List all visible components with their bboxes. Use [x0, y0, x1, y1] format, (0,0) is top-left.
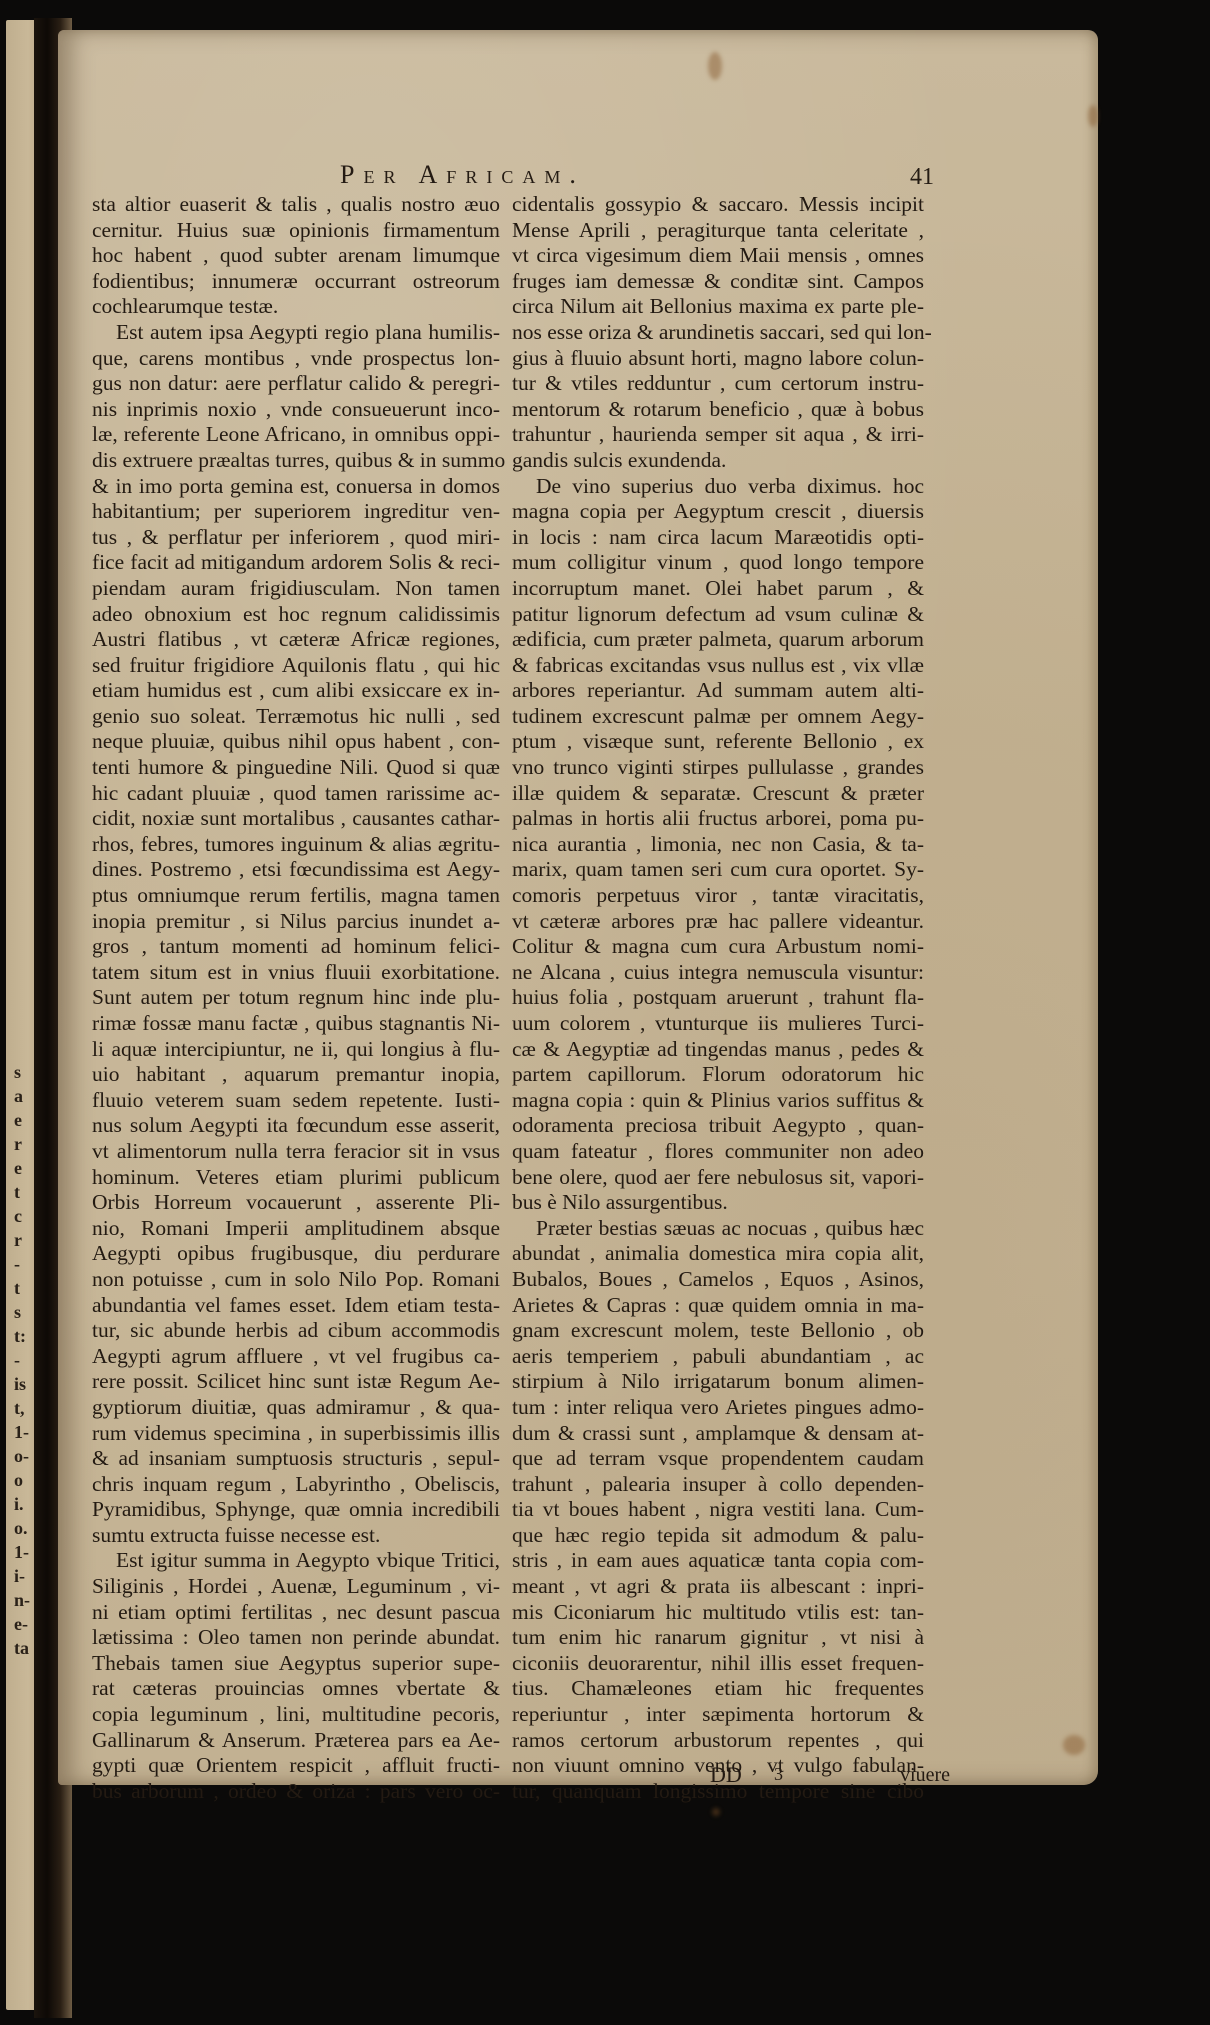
- previous-page-text-fragments: saeretcr-tst:-ist,1-o-oi.o.1-i-n-e-ta: [14, 1060, 34, 1660]
- page-header: Per Africam. 41: [330, 160, 950, 194]
- text-line: rum videmus specimina , in superbissimis…: [92, 1421, 500, 1447]
- text-line: tudinem excrescunt palmæ per omnem Aegy-: [512, 704, 924, 730]
- text-line: nos esse oriza & arundinetis saccari, se…: [512, 320, 924, 346]
- text-line: fice facit ad mitigandum ardorem Solis &…: [92, 550, 500, 576]
- edge-fragment: a: [14, 1084, 34, 1108]
- signature-number: 3: [774, 1764, 783, 1785]
- page-footer: DD 3 viuere: [710, 1762, 950, 1792]
- text-line: lætissima : Oleo tamen non perinde abund…: [92, 1625, 500, 1651]
- text-line: fruges iam demessæ & conditæ sint. Campo…: [512, 269, 924, 295]
- text-line: Est autem ipsa Aegypti regio plana humil…: [92, 320, 500, 346]
- text-line: dis extruere præaltas turres, quibus & i…: [92, 448, 500, 474]
- paper-stain: [712, 1808, 720, 1816]
- text-line: odoramenta preciosa tribuit Aegypto , qu…: [512, 1113, 924, 1139]
- text-line: vt cæteræ arbores præ hac pallere videan…: [512, 909, 924, 935]
- edge-fragment: -: [14, 1348, 34, 1372]
- text-line: que hæc regio tepida sit admodum & palu-: [512, 1523, 924, 1549]
- text-line: bus è Nilo assurgentibus.: [512, 1190, 924, 1216]
- text-line: arbores reperiantur. Ad summam autem alt…: [512, 678, 924, 704]
- text-line: genio suo soleat. Terræmotus hic nulli ,…: [92, 704, 500, 730]
- edge-fragment: ta: [14, 1636, 34, 1660]
- edge-fragment: e: [14, 1108, 34, 1132]
- edge-fragment: i-: [14, 1564, 34, 1588]
- text-line: vno trunco viginti stirpes pullulasse , …: [512, 755, 924, 781]
- text-line: Aegypti opibus frugibusque, diu perdurar…: [92, 1241, 500, 1267]
- text-line: rere possit. Scilicet hinc sunt istæ Reg…: [92, 1369, 500, 1395]
- text-line: Gallinarum & Anserum. Præterea pars ea A…: [92, 1728, 500, 1754]
- edge-fragment: is: [14, 1372, 34, 1396]
- page-number: 41: [910, 164, 934, 191]
- text-line: rimæ fossæ manu factæ , quibus stagnanti…: [92, 1011, 500, 1037]
- text-line: Sunt autem per totum regnum hinc inde pl…: [92, 985, 500, 1011]
- text-line: reperiuntur , inter sæpimenta hortorum &: [512, 1702, 924, 1728]
- text-line: magna copia per Aegyptum crescit , diuer…: [512, 499, 924, 525]
- text-line: hominum. Veteres etiam plurimi publicum: [92, 1165, 500, 1191]
- text-line: uum colorem , vtunturque iis mulieres Tu…: [512, 1011, 924, 1037]
- text-line: & in imo porta gemina est, conuersa in d…: [92, 474, 500, 500]
- text-line: gypti quæ Orientem respicit , affluit fr…: [92, 1753, 500, 1779]
- edge-fragment: o: [14, 1468, 34, 1492]
- text-line: Arietes & Capras : quæ quidem omnia in m…: [512, 1293, 924, 1319]
- text-line: hic cadant pluuiæ , quod tamen rarissime…: [92, 781, 500, 807]
- text-line: tus , & perflatur per inferiorem , quod …: [92, 525, 500, 551]
- edge-fragment: e-: [14, 1612, 34, 1636]
- text-line: rat cæteras prouincias omnes vbertate &: [92, 1676, 500, 1702]
- text-line: vt circa vigesimum diem Maii mensis , om…: [512, 243, 924, 269]
- edge-fragment: 1-: [14, 1420, 34, 1444]
- text-line: inopia premitur , si Nilus parcius inund…: [92, 909, 500, 935]
- edge-fragment: o-: [14, 1444, 34, 1468]
- text-line: bene olere, quod aer fere nebulosus sit,…: [512, 1165, 924, 1191]
- text-line: cidit, noxiæ sunt mortalibus , causantes…: [92, 806, 500, 832]
- edge-fragment: i.: [14, 1492, 34, 1516]
- text-line: Pyramidibus, Sphynge, quæ omnia incredib…: [92, 1497, 500, 1523]
- text-line: nica aurantia , limonia, nec non Casia, …: [512, 832, 924, 858]
- text-line: piendam auram frigidiusculam. Non tamen: [92, 576, 500, 602]
- text-line: neque pluuiæ, quibus nihil opus habent ,…: [92, 729, 500, 755]
- edge-fragment: -: [14, 1252, 34, 1276]
- edge-fragment: t: [14, 1276, 34, 1300]
- text-line: illæ quidem & separatæ. Crescunt & præte…: [512, 781, 924, 807]
- text-line: sumtu extructa fuisse necesse est.: [92, 1523, 500, 1549]
- text-line: mentorum & rotarum beneficio , quæ à bob…: [512, 397, 924, 423]
- text-line: dum & crassi sunt , amplamque & densam a…: [512, 1421, 924, 1447]
- text-line: ciconiis deuorarentur, nihil illis esset…: [512, 1651, 924, 1677]
- text-line: partem capillorum. Florum odoratorum hic: [512, 1062, 924, 1088]
- text-line: tur, sic abunde herbis ad cibum accommod…: [92, 1318, 500, 1344]
- text-line: ptus omniumque rerum fertilis, magna tam…: [92, 883, 500, 909]
- text-line: Colitur & magna cum cura Arbustum nomi-: [512, 934, 924, 960]
- text-line: li aquæ intercipiuntur, ne ii, qui longi…: [92, 1037, 500, 1063]
- text-line: hoc habent , quod subter arenam limumque: [92, 243, 500, 269]
- text-line: cochlearumque testæ.: [92, 294, 500, 320]
- text-line: meant , vt agri & prata iis albescant : …: [512, 1574, 924, 1600]
- text-line: gius à fluuio absunt horti, magno labore…: [512, 346, 924, 372]
- text-line: abundat , animalia domestica mira copia …: [512, 1241, 924, 1267]
- text-line: Præter bestias sæuas ac nocuas , quibus …: [512, 1216, 924, 1242]
- text-line: trahunt , palearia insuper à collo depen…: [512, 1472, 924, 1498]
- edge-fragment: s: [14, 1300, 34, 1324]
- text-line: bus arborum , ordeo & oriza : pars vero …: [92, 1779, 500, 1805]
- edge-fragment: t,: [14, 1396, 34, 1420]
- text-line: De vino superius duo verba diximus. hoc: [512, 474, 924, 500]
- catchword: viuere: [900, 1764, 950, 1787]
- text-line: gus non datur: aere perflatur calido & p…: [92, 371, 500, 397]
- text-line: nus solum Aegypti ita fœcundum esse asse…: [92, 1113, 500, 1139]
- edge-fragment: r: [14, 1132, 34, 1156]
- text-line: ædificia, cum præter palmeta, quarum arb…: [512, 627, 924, 653]
- text-line: ne Alcana , cuius integra nemuscula visu…: [512, 960, 924, 986]
- text-line: non potuisse , cum in solo Nilo Pop. Rom…: [92, 1267, 500, 1293]
- text-line: tum : inter reliqua vero Arietes pingues…: [512, 1395, 924, 1421]
- text-line: copia leguminum , lini, multitudine peco…: [92, 1702, 500, 1728]
- text-line: fluuio veterem suam sedem repetente. Ius…: [92, 1088, 500, 1114]
- text-line: cidentalis gossypio & saccaro. Messis in…: [512, 192, 924, 218]
- text-line: Orbis Horreum vocauerunt , asserente Pli…: [92, 1190, 500, 1216]
- edge-fragment: t: [14, 1180, 34, 1204]
- text-line: comoris perpetuus viror , tantæ viracita…: [512, 883, 924, 909]
- edge-fragment: s: [14, 1060, 34, 1084]
- text-line: ramos certorum arbustorum repentes , qui: [512, 1728, 924, 1754]
- text-line: trahuntur , haurienda semper sit aqua , …: [512, 422, 924, 448]
- text-line: patitur lignorum defectum ad vsum culinæ…: [512, 602, 924, 628]
- text-line: marix, quam tamen seri cum cura oportet.…: [512, 857, 924, 883]
- text-line: gandis sulcis exundenda.: [512, 448, 924, 474]
- text-line: etiam humidus est , cum alibi exsiccare …: [92, 678, 500, 704]
- text-line: magna copia : quin & Plinius varios suff…: [512, 1088, 924, 1114]
- text-line: que ad terram vsque propendentem caudam: [512, 1446, 924, 1472]
- text-line: gros , tantum momenti ad hominum felici-: [92, 934, 500, 960]
- text-line: tum enim hic ranarum gignitur , vt nisi …: [512, 1625, 924, 1651]
- edge-fragment: e: [14, 1156, 34, 1180]
- text-line: fodientibus; innumeræ occurrant ostreoru…: [92, 269, 500, 295]
- left-text-column: sta altior euaserit & talis , qualis nos…: [92, 192, 500, 1804]
- text-line: tius. Chamæleones etiam hic frequentes: [512, 1676, 924, 1702]
- text-line: Siliginis , Hordei , Auenæ, Leguminum , …: [92, 1574, 500, 1600]
- edge-fragment: t:: [14, 1324, 34, 1348]
- text-line: ptum , visæque sunt, referente Bellonio …: [512, 729, 924, 755]
- text-line: mis Ciconiarum hic multitudo vtilis est:…: [512, 1600, 924, 1626]
- text-line: nio, Romani Imperii amplitudinem absque: [92, 1216, 500, 1242]
- text-line: & fabricas excitandas vsus nullus est , …: [512, 653, 924, 679]
- text-line: que, carens montibus , vnde prospectus l…: [92, 346, 500, 372]
- text-line: tenti humore & pinguedine Nili. Quod si …: [92, 755, 500, 781]
- text-line: circa Nilum ait Bellonius maxima ex part…: [512, 294, 924, 320]
- text-line: adeo obnoxium est hoc regnum calidissimi…: [92, 602, 500, 628]
- text-line: nis inprimis noxio , vnde consueuerunt i…: [92, 397, 500, 423]
- text-line: quam fateatur , flores communiter non ad…: [512, 1139, 924, 1165]
- text-line: sed fruitur frigidiore Aquilonis flatu ,…: [92, 653, 500, 679]
- text-line: vt alimentorum nulla terra feracior sit …: [92, 1139, 500, 1165]
- text-line: aeris temperiem , pabuli abundantiam , a…: [512, 1344, 924, 1370]
- paper-stain: [1088, 105, 1098, 127]
- text-line: cernitur. Huius suæ opinionis firmamentu…: [92, 218, 500, 244]
- text-line: & ad insaniam sumptuosis structuris , se…: [92, 1446, 500, 1472]
- text-line: dines. Postremo , etsi fœcundissima est …: [92, 857, 500, 883]
- edge-fragment: 1-: [14, 1540, 34, 1564]
- text-line: chris inquam regum , Labyrintho , Obelis…: [92, 1472, 500, 1498]
- text-line: Austri flatibus , vt cæteræ Africæ regio…: [92, 627, 500, 653]
- text-line: Thebais tamen siue Aegyptus superior sup…: [92, 1651, 500, 1677]
- edge-fragment: n-: [14, 1588, 34, 1612]
- text-line: palmas in hortis alii fructus arborei, p…: [512, 806, 924, 832]
- text-line: abundantia vel fames esset. Idem etiam t…: [92, 1293, 500, 1319]
- right-text-column: cidentalis gossypio & saccaro. Messis in…: [512, 192, 924, 1804]
- text-line: rhos, febres, tumores inguinum & alias æ…: [92, 832, 500, 858]
- running-title: Per Africam.: [340, 160, 585, 190]
- text-line: huius folia , postquam aruerunt , trahun…: [512, 985, 924, 1011]
- edge-fragment: c: [14, 1204, 34, 1228]
- text-line: mum colligitur vinum , quod longo tempor…: [512, 550, 924, 576]
- text-line: læ, referente Leone Africano, in omnibus…: [92, 422, 500, 448]
- text-line: ni etiam optimi fertilitas , nec desunt …: [92, 1600, 500, 1626]
- text-line: in locis : nam circa lacum Maræotidis op…: [512, 525, 924, 551]
- edge-fragment: o.: [14, 1516, 34, 1540]
- text-line: habitantium; per superiorem ingreditur v…: [92, 499, 500, 525]
- paper-stain: [708, 52, 722, 80]
- edge-fragment: r: [14, 1228, 34, 1252]
- text-line: Est igitur summa in Aegypto vbique Triti…: [92, 1548, 500, 1574]
- text-line: stris , in eam aues aquaticæ tanta copia…: [512, 1548, 924, 1574]
- text-line: cæ & Aegyptiæ ad tingendas manus , pedes…: [512, 1037, 924, 1063]
- text-line: tatem situm est in vnius fluuii exorbita…: [92, 960, 500, 986]
- text-line: tur & vtiles redduntur , cum certorum in…: [512, 371, 924, 397]
- paper-stain: [1063, 1735, 1085, 1755]
- text-line: stirpium à Nilo irrigatarum bonum alimen…: [512, 1369, 924, 1395]
- text-line: tia vt boues habent , nigra vestiti lana…: [512, 1497, 924, 1523]
- text-line: gyptiorum diuitiæ, quas admiramur , & qu…: [92, 1395, 500, 1421]
- text-line: Bubalos, Boues , Camelos , Equos , Asino…: [512, 1267, 924, 1293]
- text-line: Aegypti agrum affluere , vt vel frugibus…: [92, 1344, 500, 1370]
- text-line: sta altior euaserit & talis , qualis nos…: [92, 192, 500, 218]
- text-line: gnam excrescunt molem, teste Bellonio , …: [512, 1318, 924, 1344]
- text-line: incorruptum manet. Olei habet parum , &: [512, 576, 924, 602]
- signature-mark: DD: [710, 1762, 742, 1788]
- text-line: uio habitant , aquarum premantur inopia,: [92, 1062, 500, 1088]
- text-line: Mense Aprili , peragiturque tanta celeri…: [512, 218, 924, 244]
